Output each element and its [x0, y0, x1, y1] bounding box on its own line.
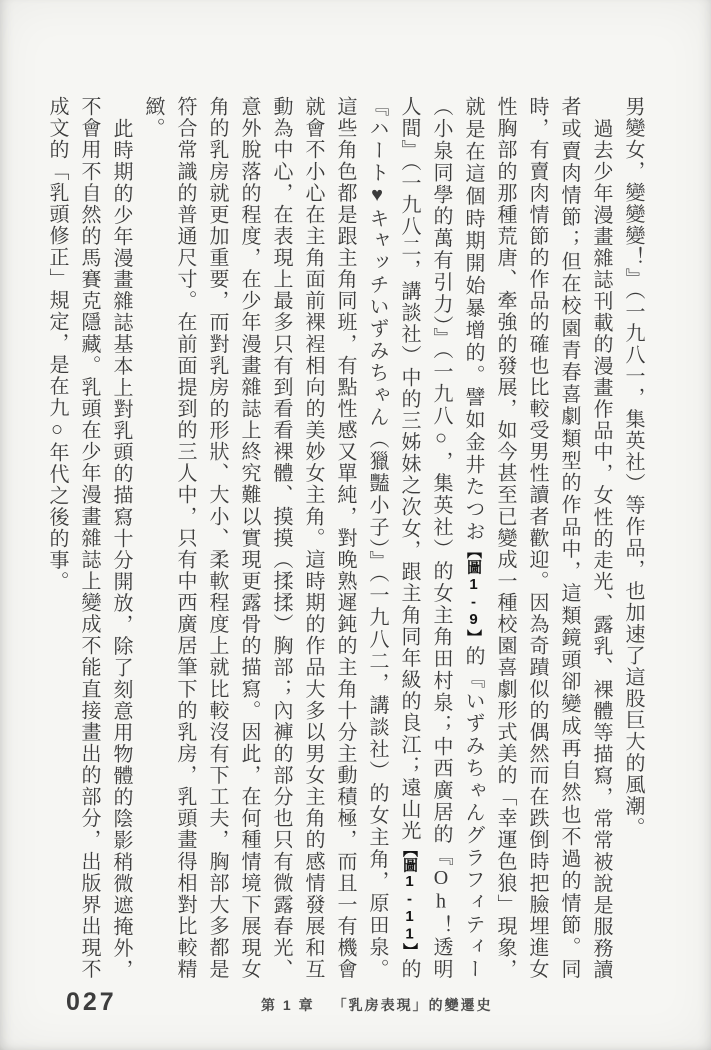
page-number: 027 [66, 988, 117, 1017]
chapter-title-label: 「乳房表現」的變遷史 [333, 997, 493, 1013]
paragraph: 男變女，變變變！』（一九八一，集英社）等作品，也加速了這股巨大的風潮。 [617, 96, 649, 980]
paragraph: 過去少年漫畫雜誌刊載的漫畫作品中，女性的走光、露乳、裸體等描寫，常常被說是服務讀… [137, 96, 617, 980]
text-segment: 的『ハート♥キャッチいずみちゃん（獵豔小子）』（一九八二，講談社）的女主角，原田… [142, 96, 420, 980]
paragraph: 此時期的少年漫畫雜誌基本上對乳頭的描寫十分開放，除了刻意用物體的陰影稍微遮掩外，… [41, 96, 137, 980]
text-segment: 過去少年漫畫雜誌刊載的漫畫作品中，女性的走光、露乳、裸體等描寫，常常被說是服務讀… [462, 96, 612, 980]
figure-reference: 【圖1-9】 [465, 543, 482, 645]
text-segment: 此時期的少年漫畫雜誌基本上對乳頭的描寫十分開放，除了刻意用物體的陰影稍微遮掩外，… [46, 96, 132, 980]
text-segment: 男變女，變變變！』（一九八一，集英社）等作品，也加速了這股巨大的風潮。 [622, 96, 644, 839]
running-header-chapter: 第 1 章「乳房表現」的變遷史 [261, 995, 493, 1015]
figure-reference: 【圖1-11】 [401, 842, 418, 959]
chapter-number-label: 第 1 章 [261, 997, 315, 1013]
article-text: 男變女，變變變！』（一九八一，集英社）等作品，也加速了這股巨大的風潮。過去少年漫… [41, 96, 649, 980]
page-container: 男變女，變變變！』（一九八一，集英社）等作品，也加速了這股巨大的風潮。過去少年漫… [0, 0, 711, 1050]
page-footer: 027 第 1 章「乳房表現」的變遷史 [0, 988, 711, 1022]
